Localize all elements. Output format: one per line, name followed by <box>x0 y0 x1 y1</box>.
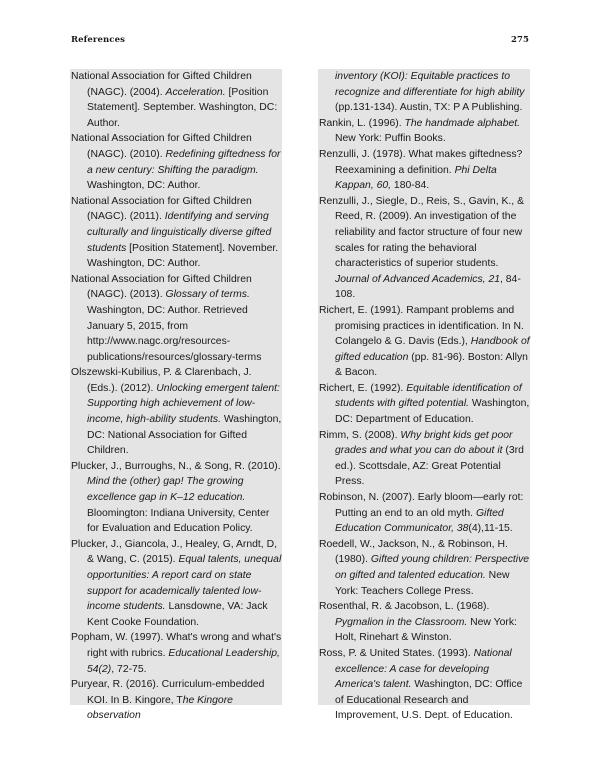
page-number: 275 <box>511 35 529 45</box>
reference-entry: Renzulli, J., Siegle, D., Reis, S., Gavi… <box>319 194 530 303</box>
reference-entry: National Association for Gifted Children… <box>71 131 282 193</box>
reference-entry: National Association for Gifted Children… <box>71 272 282 366</box>
reference-entry: Roedell, W., Jackson, N., & Robinson, H.… <box>319 537 530 599</box>
reference-continuation: inventory (KOI): Equitable practices to … <box>319 69 530 116</box>
reference-entry: Renzulli, J. (1978). What makes giftedne… <box>319 147 530 194</box>
reference-entry: Rankin, L. (1996). The handmade alphabet… <box>319 116 530 147</box>
reference-entry: Robinson, N. (2007). Early bloom—early r… <box>319 490 530 537</box>
reference-entry: Plucker, J., Burroughs, N., & Song, R. (… <box>71 459 282 537</box>
section-title: References <box>71 35 125 45</box>
reference-entry: Ross, P. & United States. (1993). Nation… <box>319 646 530 724</box>
reference-column-left: National Association for Gifted Children… <box>70 69 282 705</box>
reference-entry: National Association for Gifted Children… <box>71 194 282 272</box>
reference-entry: Richert, E. (1992). Equitable identifica… <box>319 381 530 428</box>
reference-entry: National Association for Gifted Children… <box>71 69 282 131</box>
reference-entry: Richert, E. (1991). Rampant problems and… <box>319 303 530 381</box>
reference-column-right: inventory (KOI): Equitable practices to … <box>318 69 530 705</box>
reference-entry: Olszewski-Kubilius, P. & Clarenbach, J. … <box>71 365 282 459</box>
reference-entry: Rimm, S. (2008). Why bright kids get poo… <box>319 428 530 490</box>
reference-entry: Popham, W. (1997). What's wrong and what… <box>71 630 282 677</box>
reference-entry: Rosenthal, R. & Jacobson, L. (1968). Pyg… <box>319 599 530 646</box>
reference-entry: Plucker, J., Giancola, J., Healey, G, Ar… <box>71 537 282 631</box>
reference-entry: Puryear, R. (2016). Curriculum-embedded … <box>71 677 282 724</box>
